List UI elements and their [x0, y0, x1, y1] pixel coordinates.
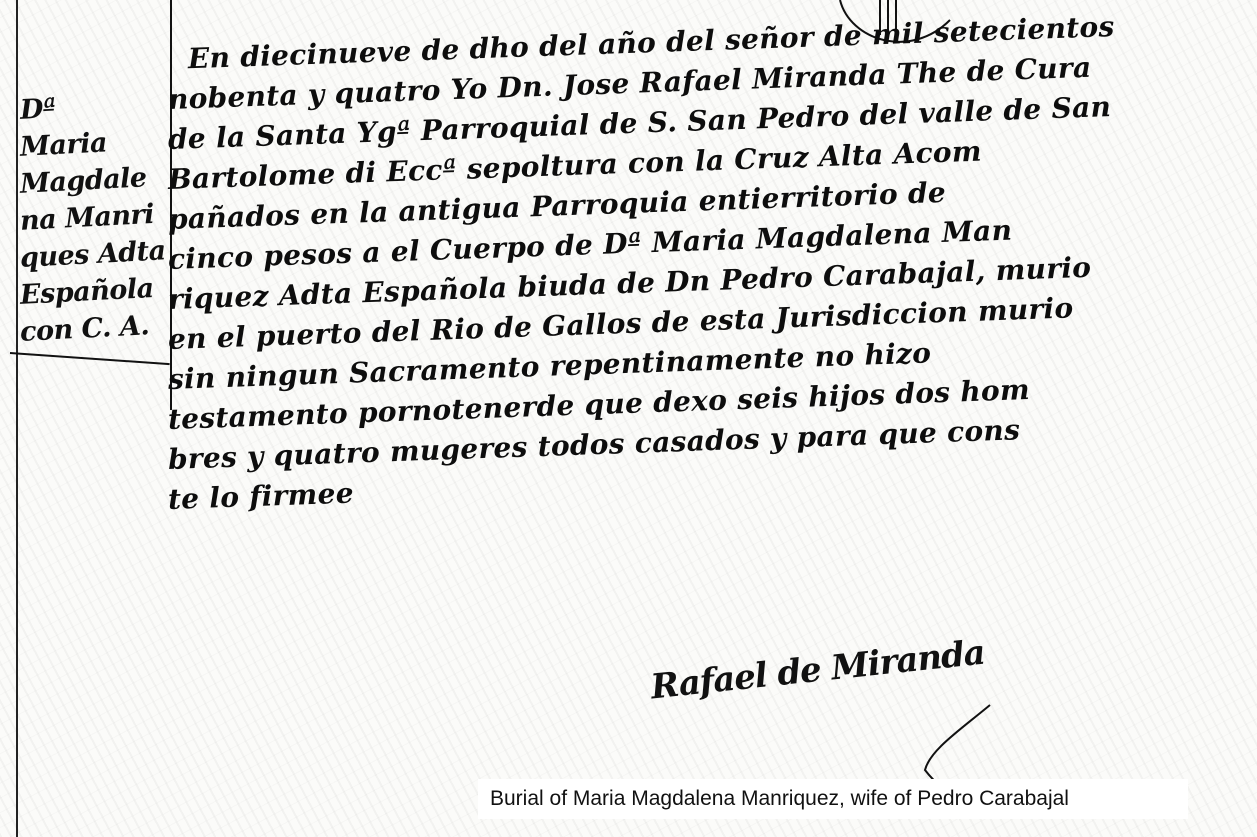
- burial-entry-text: En diecinueve de dho del año del señor d…: [168, 40, 1228, 520]
- margin-box-line: [10, 352, 170, 365]
- image-caption: Burial of Maria Magdalena Manriquez, wif…: [478, 779, 1188, 819]
- page-edge-rule: [16, 0, 18, 837]
- margin-note: Dª Maria Magdale na Manri ques Adta Espa…: [20, 88, 170, 347]
- priest-signature: Rafael de Miranda: [649, 633, 987, 708]
- scanned-document-page: Dª Maria Magdale na Manri ques Adta Espa…: [0, 0, 1257, 837]
- margin-note-line: con C. A.: [19, 306, 171, 351]
